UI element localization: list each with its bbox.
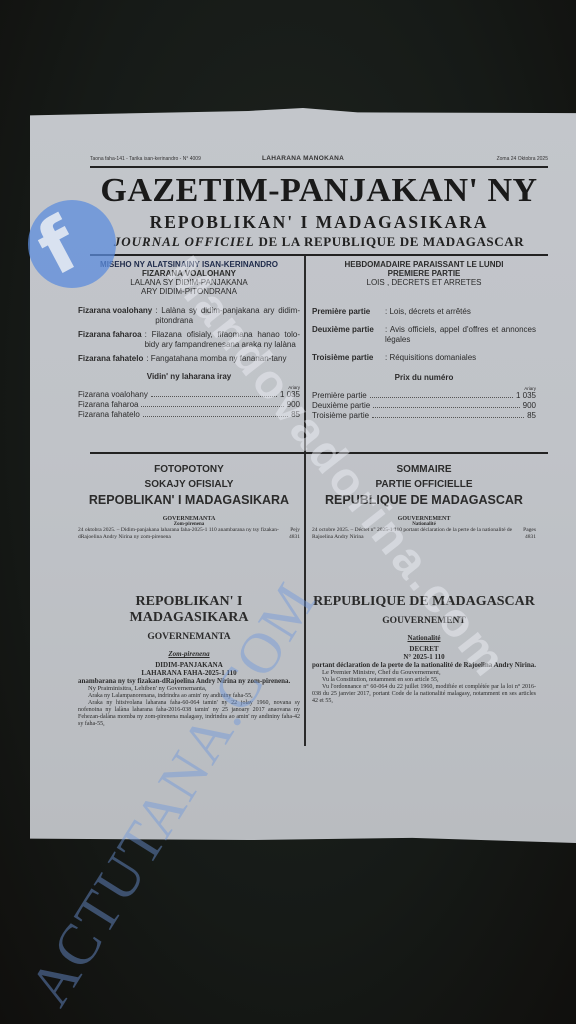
price-row: Première partie1 035 <box>312 391 536 401</box>
gazette-french-title: JOURNAL OFFICIEL DE LA REPUBLIQUE DE MAD… <box>90 234 548 250</box>
gazette-subtitle: REPOBLIKAN' I MADAGASIKARA <box>90 212 548 233</box>
issue-date: Zoma 24 Oktobra 2025 <box>497 156 548 162</box>
section-def: Troisième partie: Réquisitions domaniale… <box>312 353 536 363</box>
special-issue-label: LAHARANA MANOKANA <box>262 155 344 162</box>
gazette-page: Taona faha-141 - Tarika isan-kerinandro … <box>30 108 576 843</box>
title-rule <box>90 254 548 256</box>
header-meta: Taona faha-141 - Tarika isan-kerinandro … <box>90 156 548 166</box>
summary-entry: 24 oktobra 2025. – Didim-panjakana lahar… <box>78 527 300 541</box>
gazette-title: GAZETIM-PANJAKAN' NY <box>90 172 548 210</box>
issue-info: Taona faha-141 - Tarika isan-kerinandro … <box>90 156 201 162</box>
right-info: HEBDOMADAIRE PARAISSANT LE LUNDI PREMIER… <box>312 260 536 421</box>
left-summary: FOTOPOTONY SOKAJY OFISIALY REPOBLIKAN' I… <box>78 464 300 541</box>
price-row: Deuxième partie900 <box>312 401 536 411</box>
section-def: Première partie: Lois, décrets et arrêté… <box>312 307 536 317</box>
section-def: Deuxième partie: Avis officiels, appel d… <box>312 325 536 345</box>
header-rule <box>90 166 548 168</box>
facebook-logo-icon: f <box>28 200 116 288</box>
price-title: Prix du numéro <box>312 373 536 382</box>
price-row: Troisième partie85 <box>312 411 536 421</box>
